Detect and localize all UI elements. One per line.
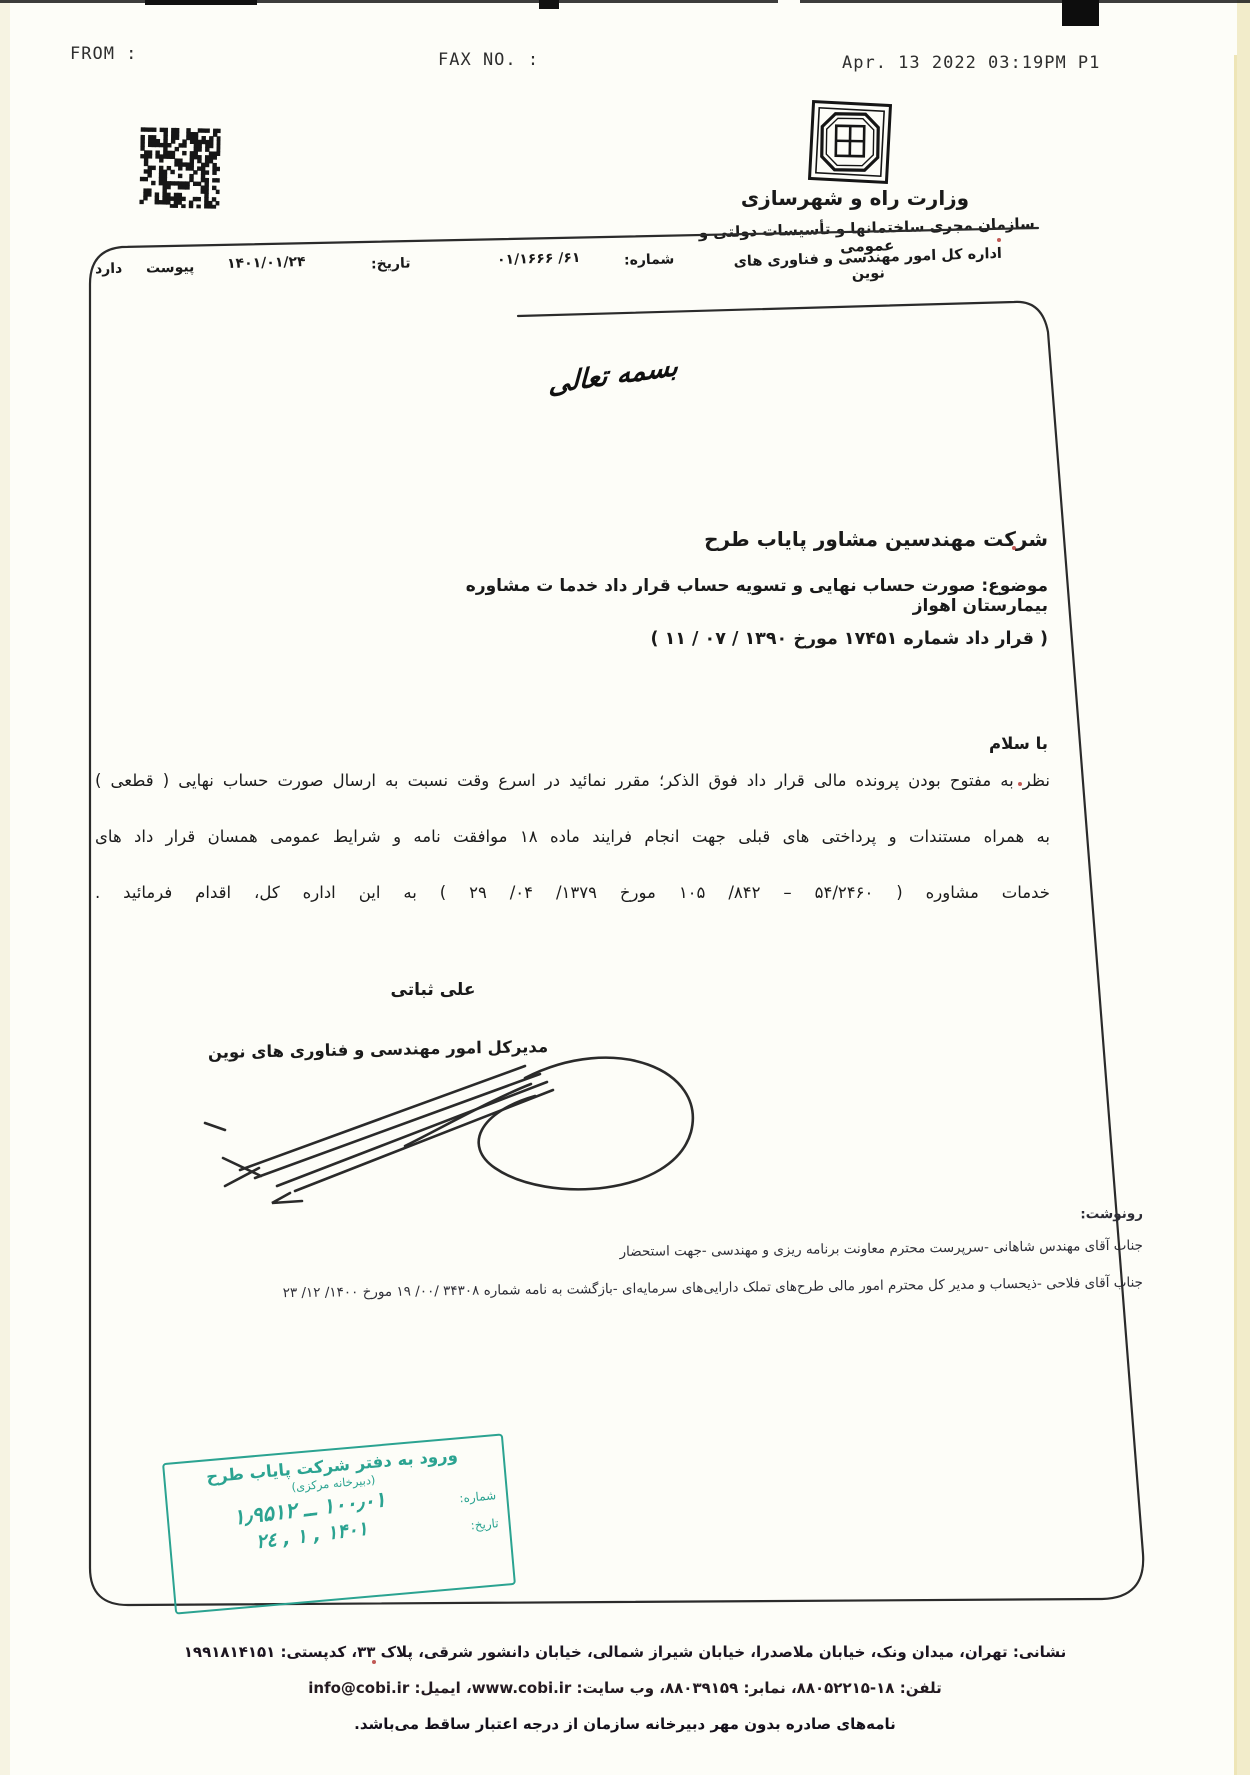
recipient-line: شرکت مهندسین مشاور پایاب طرح: [500, 527, 1048, 551]
fax-document-page: FROM : FAX NO. : Apr. 13 2022 03:19PM P1…: [0, 0, 1250, 1775]
stamp-date-label: تاریخ:: [445, 1508, 499, 1534]
subject-line: موضوع: صورت حساب نهایی و تسویه حساب قرار…: [420, 576, 1048, 616]
footer-contact: تلفن: ۱۸-۸۸۰۵۲۲۱۵، نمابر: ۸۸۰۳۹۱۵۹، وب س…: [0, 1679, 1250, 1697]
receipt-stamp: ورود به دفتر شرکت پایاب طرح (دبیرخانه مر…: [162, 1433, 516, 1614]
signer-name: علی ثباتی: [333, 980, 533, 1000]
subject-contract-ref: ( قرار داد شماره ۱۷۴۵۱ مورخ ۱۳۹۰ / ۰۷ / …: [500, 629, 1048, 649]
stamp-number-label: شماره:: [443, 1480, 497, 1506]
salutation: با سلام: [870, 734, 1048, 753]
scan-fleck: [997, 238, 1001, 242]
body-line-3: خدمات مشاوره ( ۵۴/۲۴۶۰ – ۸۴۲/ ۱۰۵ مورخ ۱…: [95, 882, 1050, 903]
footer-address: نشانی: تهران، میدان ونک، خیابان ملاصدرا،…: [0, 1643, 1250, 1661]
footer-validity-note: نامه‌های صادره بدون مهر دبیرخانه سازمان …: [0, 1715, 1250, 1733]
body-line-2: به همراه مستندات و پرداختی های قبلی جهت …: [95, 826, 1050, 847]
signature-scribble: [195, 1018, 715, 1218]
body-line-1: نظر به مفتوح بودن پرونده مالی قرار داد ف…: [95, 770, 1050, 791]
scan-fleck: [1018, 782, 1022, 786]
scan-fleck: [1012, 546, 1016, 550]
scan-fleck: [372, 1660, 376, 1664]
